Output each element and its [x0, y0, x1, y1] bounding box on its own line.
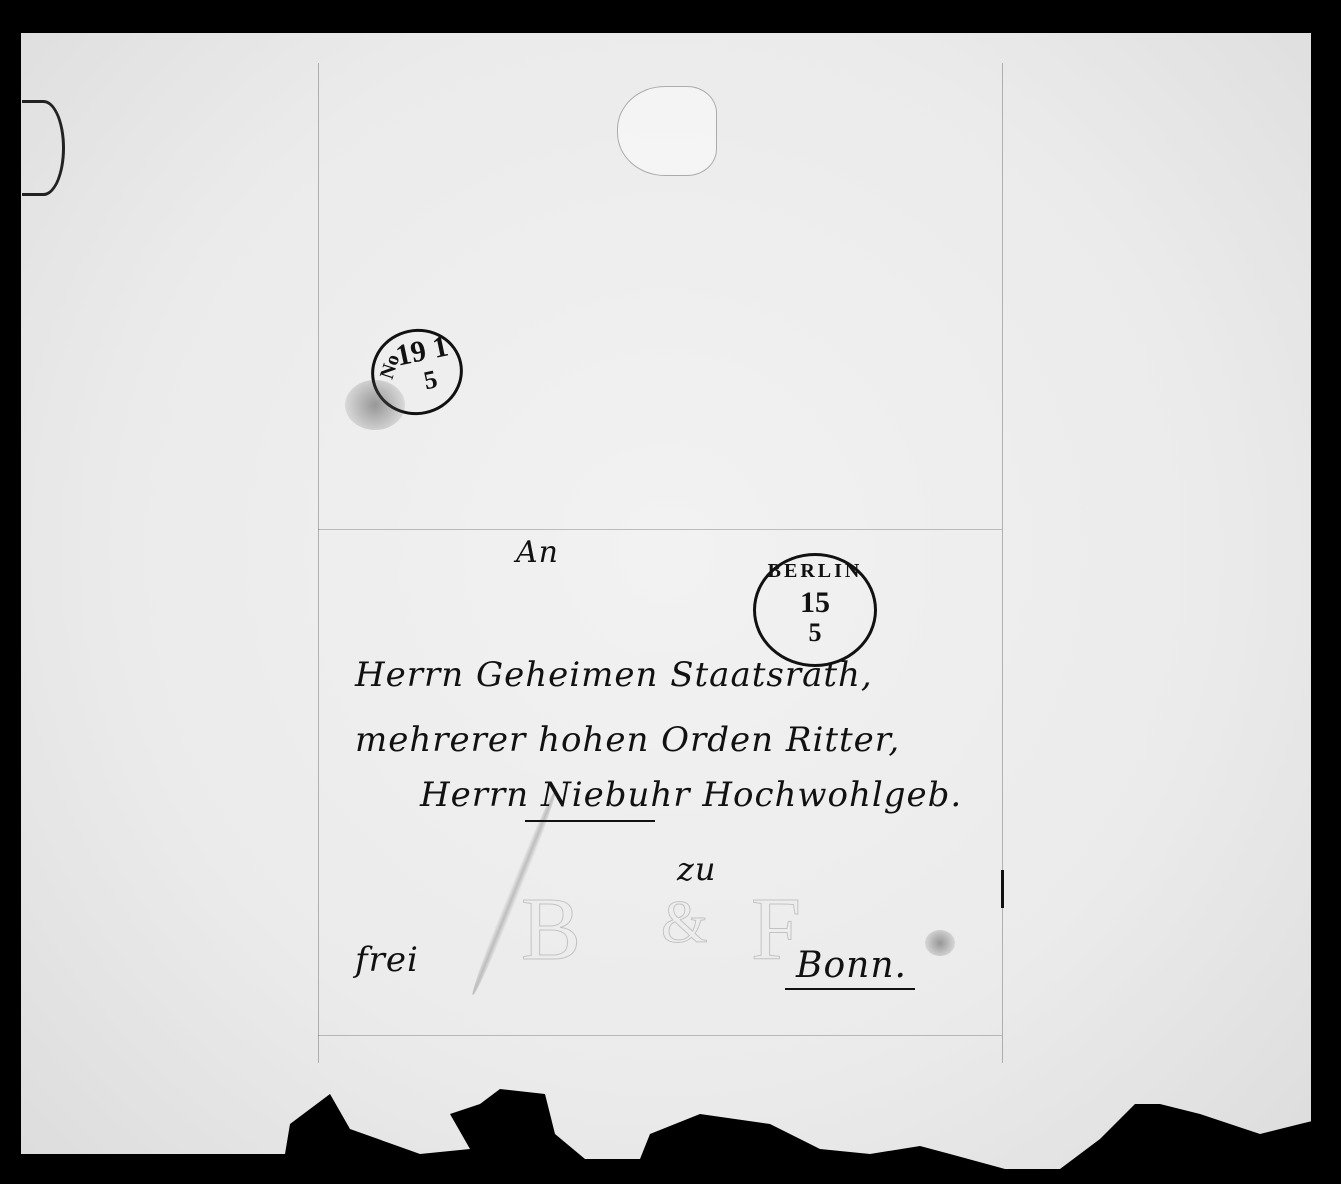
name-underline — [525, 820, 655, 822]
torn-bottom-edge — [0, 1034, 1341, 1184]
address-salutation: An — [516, 535, 559, 570]
embossed-letter-b: B — [521, 878, 581, 981]
postmark-day: 15 — [756, 586, 874, 620]
city-underline — [785, 988, 915, 990]
fold-line-middle — [318, 529, 1002, 530]
embossed-letter-f: F — [751, 878, 801, 981]
fold-line-left — [318, 63, 319, 1063]
franking-note: frei — [355, 940, 419, 980]
edge-stamp-fragment — [22, 100, 65, 196]
ink-smudge — [345, 380, 405, 430]
berlin-postmark: BERLIN 15 5 — [753, 553, 877, 667]
address-city: Bonn. — [796, 945, 907, 986]
registry-denominator: 5 — [421, 364, 440, 396]
ink-blot — [925, 930, 955, 956]
margin-stroke — [1001, 870, 1004, 908]
letter-cover: B & F — [21, 33, 1311, 1184]
address-preposition: zu — [677, 850, 716, 888]
address-line-2: mehrerer hohen Orden Ritter, — [355, 720, 900, 760]
postmark-city: BERLIN — [756, 560, 874, 583]
fold-line-right — [1002, 63, 1003, 1063]
embossed-ampersand: & — [661, 888, 708, 957]
address-line-1: Herrn Geheimen Staatsrath, — [355, 655, 873, 695]
address-line-3: Herrn Niebuhr Hochwohlgeb. — [420, 775, 962, 815]
postmark-month: 5 — [756, 618, 874, 648]
wax-seal-impression — [617, 86, 717, 176]
